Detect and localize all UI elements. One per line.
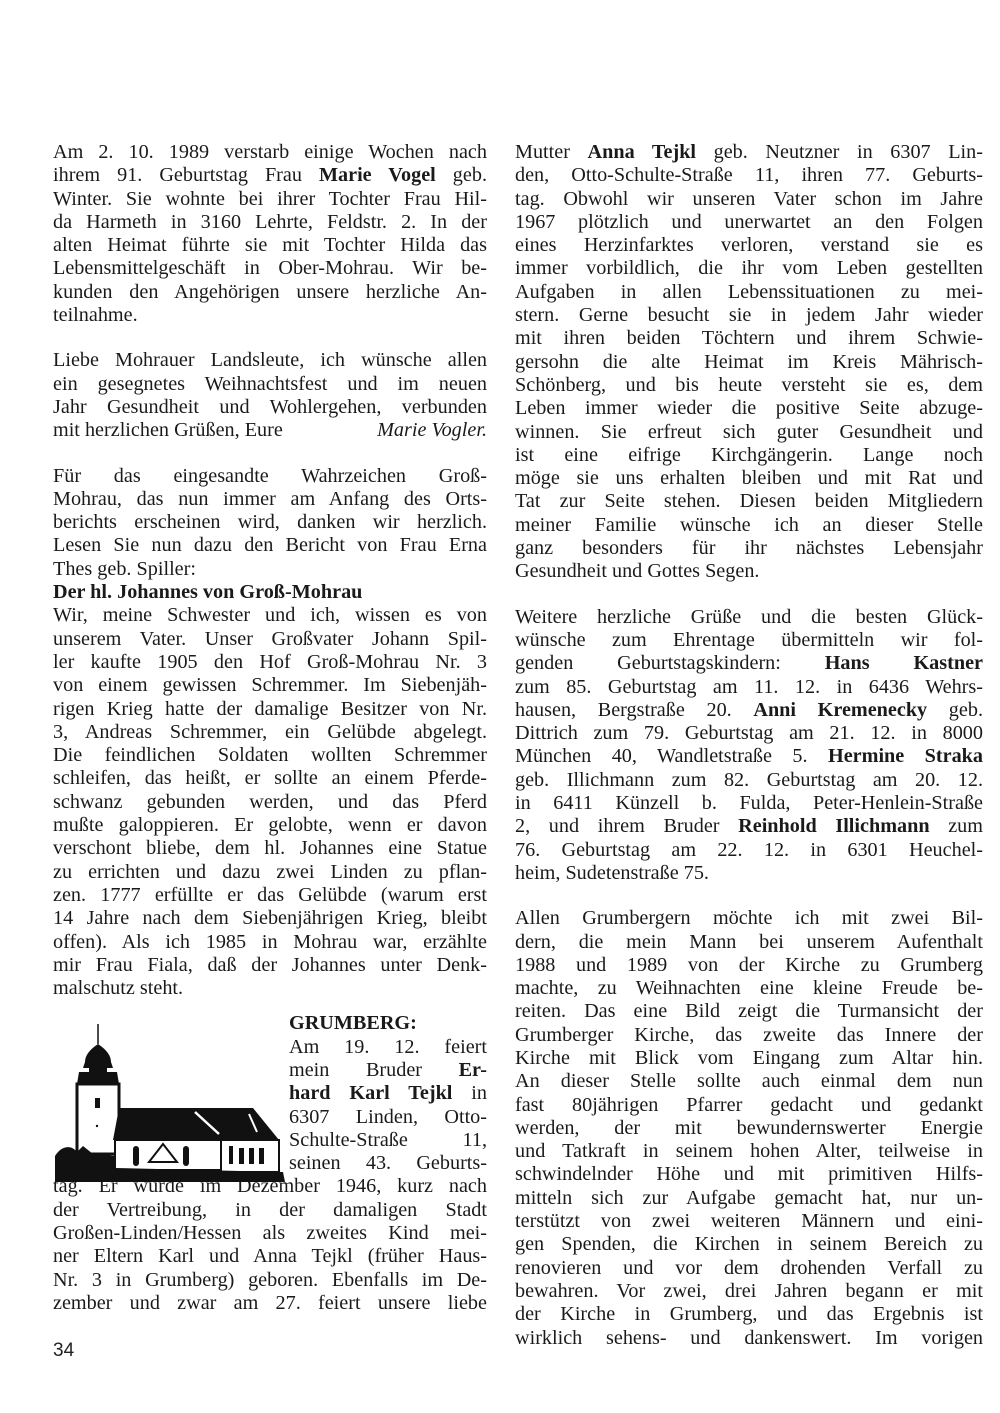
- grumberg-intro: Am 19. 12. feiertmein Bruder Er-hard Kar…: [289, 1036, 487, 1176]
- wahrzeichen-paragraph: Für das eingesandte Wahrzeichen Groß-Moh…: [53, 465, 487, 581]
- text-line: tag. Obwohl wir unseren Vater schon im J…: [515, 188, 983, 211]
- text-line: mein Bruder Er-: [289, 1059, 487, 1082]
- text-line: Lebensmittelgeschäft in Ober-Mohrau. Wir…: [53, 257, 487, 280]
- text-line: Liebe Mohrauer Landsleute, ich wünsche a…: [53, 349, 487, 372]
- text-line: alten Heimat führte sie mit Tochter Hild…: [53, 234, 487, 257]
- text-line: ein gesegnetes Weihnachtsfest und im neu…: [53, 373, 487, 396]
- text-line: schwanz gebunden werden, und das Pferd: [53, 791, 487, 814]
- text-line: Mutter Anna Tejkl geb. Neutzner in 6307 …: [515, 141, 983, 164]
- church-renovation-paragraph: Allen Grumbergern möchte ich mit zwei Bi…: [515, 907, 983, 1350]
- text-line: 3, Andreas Schremmer, ein Gelübde abgele…: [53, 721, 487, 744]
- text-line: möge sie uns erhalten bleiben und mit Ra…: [515, 467, 983, 490]
- text-line: Leben immer wieder die positive Seite ab…: [515, 397, 983, 420]
- right-column: Mutter Anna Tejkl geb. Neutzner in 6307 …: [515, 141, 983, 1350]
- text-line: Tat zur Seite stehen. Diesen beiden Mitg…: [515, 490, 983, 513]
- text-line: Großen-Linden/Hessen als zweites Kind me…: [53, 1222, 487, 1245]
- text-line: fast 80jährigen Pfarrer gedacht und geda…: [515, 1094, 983, 1117]
- text-line: 1988 und 1989 von der Kirche zu Grumberg: [515, 954, 983, 977]
- text-line: in 6411 Künzell b. Fulda, Peter-Henlein-…: [515, 792, 983, 815]
- text-line: mir Frau Fiala, daß der Johannes unter D…: [53, 954, 487, 977]
- text-line: ganz besonders für ihr nächstes Lebensja…: [515, 537, 983, 560]
- text-line: hausen, Bergstraße 20. Anni Kremenecky g…: [515, 699, 983, 722]
- text-line: Am 2. 10. 1989 verstarb einige Wochen na…: [53, 141, 487, 164]
- text-line: der Kirche in Grumberg, und das Ergebnis…: [515, 1303, 983, 1326]
- text-line: München 40, Wandletstraße 5. Hermine Str…: [515, 745, 983, 768]
- obituary-paragraph: Am 2. 10. 1989 verstarb einige Wochen na…: [53, 141, 487, 327]
- text-line: machte, zu Weihnachten eine kleine Freud…: [515, 977, 983, 1000]
- text-line: Kirche mit Blick vom Eingang zum Altar h…: [515, 1047, 983, 1070]
- text-line: verschont bliebe, dem hl. Johannes eine …: [53, 837, 487, 860]
- text-line: Die feindlichen Soldaten wollten Schremm…: [53, 744, 487, 767]
- grumberg-paragraph: tag. Er wurde im Dezember 1946, kurz nac…: [53, 1175, 487, 1315]
- text-line: schwindelnder Höhe und mit primitiven Hi…: [515, 1163, 983, 1186]
- bold-name: Er-: [459, 1059, 487, 1081]
- text-line: Grumberger Kirche, das zweite das Innere…: [515, 1024, 983, 1047]
- bold-name: Hermine Straka: [828, 745, 983, 767]
- text-line: zu errichten und dazu zwei Linden zu pfl…: [53, 861, 487, 884]
- text-line: Lesen Sie nun dazu den Bericht von Frau …: [53, 534, 487, 557]
- signature: Marie Vogler.: [377, 419, 487, 442]
- text-line: der Vertreibung, in der damaligen Stadt: [53, 1199, 487, 1222]
- greeting-closing: mit herzlichen Grüßen, Eure Marie Vogler…: [53, 419, 487, 442]
- mother-birthday-paragraph: Mutter Anna Tejkl geb. Neutzner in 6307 …: [515, 141, 983, 584]
- left-column: Am 2. 10. 1989 verstarb einige Wochen na…: [53, 141, 487, 1315]
- text-line: heim, Sudetenstraße 75.: [515, 862, 983, 885]
- text-line: zember und zwar am 27. feiert unsere lie…: [53, 1292, 487, 1315]
- text-line: kunden den Angehörigen unsere herzliche …: [53, 281, 487, 304]
- text-line: 6307 Linden, Otto-: [289, 1106, 487, 1129]
- text-line: werden, der mit bewundernswerter Energie: [515, 1117, 983, 1140]
- text-line: genden Geburtstagskindern: Hans Kastner: [515, 652, 983, 675]
- text-line: offen). Als ich 1985 in Mohrau war, erzä…: [53, 931, 487, 954]
- bold-name: Anna Tejkl: [588, 141, 696, 163]
- text-line: immer vorbildlich, die ihr vom Leben ges…: [515, 257, 983, 280]
- text-line: Am 19. 12. feiert: [289, 1036, 487, 1059]
- text-line: von einem gewissen Schremmer. Im Siebenj…: [53, 674, 487, 697]
- text-line: Schulte-Straße 11,: [289, 1129, 487, 1152]
- grumberg-heading: GRUMBERG:: [289, 1012, 487, 1035]
- text-line: da Harmeth in 3160 Lehrte, Feldstr. 2. I…: [53, 211, 487, 234]
- text-line: 14 Jahre nach dem Siebenjährigen Krieg, …: [53, 907, 487, 930]
- christmas-greeting-paragraph: Liebe Mohrauer Landsleute, ich wünsche a…: [53, 349, 487, 442]
- bold-name: hard Karl Tejkl: [289, 1082, 452, 1104]
- church-drawing-icon: [53, 1016, 289, 1182]
- text-line: Jahr Gesundheit und Wohlergehen, verbund…: [53, 396, 487, 419]
- text-line: Wir, meine Schwester und ich, wissen es …: [53, 604, 487, 627]
- text-line: wirklich sehens- und dankenswert. Im vor…: [515, 1327, 983, 1350]
- text-line: gersohn die alte Heimat im Kreis Mährisc…: [515, 351, 983, 374]
- text-line: zum 85. Geburtstag am 11. 12. in 6436 We…: [515, 676, 983, 699]
- text-line: Mohrau, das nun immer am Anfang des Orts…: [53, 488, 487, 511]
- text-line: reiten. Das eine Bild zeigt die Turmansi…: [515, 1000, 983, 1023]
- text-line: Weitere herzliche Grüße und die besten G…: [515, 606, 983, 629]
- bold-name: Reinhold Illichmann: [738, 815, 929, 837]
- text-line: mitteln sich zur Aufgabe gemacht hat, nu…: [515, 1187, 983, 1210]
- text-line: zen. 1777 erfüllte er das Gelübde (warum…: [53, 884, 487, 907]
- text-line: eines Herzinfarktes verloren, verstand s…: [515, 234, 983, 257]
- text-line: und Tatkraft in seinem hohen Alter, teil…: [515, 1140, 983, 1163]
- text-line: ist eine eifrige Kirchgängerin. Lange no…: [515, 444, 983, 467]
- text-line: geb. Illichmann zum 82. Geburtstag am 20…: [515, 769, 983, 792]
- text-line: 76. Geburtstag am 22. 12. in 6301 Heuche…: [515, 839, 983, 862]
- text-line: ner Eltern Karl und Anna Tejkl (früher H…: [53, 1245, 487, 1268]
- story-heading: Der hl. Johannes von Groß-Mohrau: [53, 581, 487, 604]
- text-line: schleifen, das heißt, er sollte an einem…: [53, 767, 487, 790]
- grumberg-float-text: GRUMBERG: Am 19. 12. feiertmein Bruder E…: [289, 1012, 487, 1175]
- bold-name: Marie Vogel: [319, 164, 436, 186]
- birthday-greetings-paragraph: Weitere herzliche Grüße und die besten G…: [515, 606, 983, 886]
- text-line: rigen Krieg hatte der damalige Besitzer …: [53, 698, 487, 721]
- story-paragraph: Wir, meine Schwester und ich, wissen es …: [53, 604, 487, 1000]
- text-line: 1967 plötzlich und unerwartet an den Fol…: [515, 211, 983, 234]
- text-line: Für das eingesandte Wahrzeichen Groß-: [53, 465, 487, 488]
- text-line: Aufgaben in allen Lebenssituationen zu m…: [515, 281, 983, 304]
- text-line: meiner Familie wünsche ich an dieser Ste…: [515, 514, 983, 537]
- text-line: bewahren. Vor zwei, drei Jahren begann e…: [515, 1280, 983, 1303]
- text-line: wünsche zum Ehrentage übermitteln wir fo…: [515, 629, 983, 652]
- text-line: An dieser Stelle sollte auch einmal dem …: [515, 1070, 983, 1093]
- bold-name: Hans Kastner: [825, 652, 983, 674]
- bold-name: Anni Kremenecky: [753, 699, 927, 721]
- grumberg-float-block: GRUMBERG: Am 19. 12. feiertmein Bruder E…: [53, 1012, 487, 1175]
- text-line: terstützt von zwei weiteren Männern und …: [515, 1210, 983, 1233]
- text-line: berichts erscheinen wird, danken wir her…: [53, 511, 487, 534]
- text-line: Nr. 3 in Grumberg) geboren. Ebenfalls im…: [53, 1269, 487, 1292]
- text-line: stern. Gerne besucht sie in jedem Jahr w…: [515, 304, 983, 327]
- page-number: 34: [53, 1340, 74, 1362]
- text-line: Allen Grumbergern möchte ich mit zwei Bi…: [515, 907, 983, 930]
- text-line: 2, und ihrem Bruder Reinhold Illichmann …: [515, 815, 983, 838]
- text-line: ihrem 91. Geburtstag Frau Marie Vogel ge…: [53, 164, 487, 187]
- text-line: ler kaufte 1905 den Hof Groß-Mohrau Nr. …: [53, 651, 487, 674]
- text-line: mußte galoppieren. Er gelobte, wenn er d…: [53, 814, 487, 837]
- text-line: gen Spenden, die Kirchen in seinem Berei…: [515, 1233, 983, 1256]
- text-line: den, Otto-Schulte-Straße 11, ihren 77. G…: [515, 164, 983, 187]
- text-line: mit ihren beiden Töchtern und ihrem Schw…: [515, 327, 983, 350]
- text-line: Thes geb. Spiller:: [53, 558, 487, 581]
- text-line: dern, die mein Mann bei unserem Aufentha…: [515, 931, 983, 954]
- text-line: unserem Vater. Unser Großvater Johann Sp…: [53, 628, 487, 651]
- text-line: seinen 43. Geburts-: [289, 1152, 487, 1175]
- text-line: Schönberg, und bis heute versteht sie es…: [515, 374, 983, 397]
- text-line: Dittrich zum 79. Geburtstag am 21. 12. i…: [515, 722, 983, 745]
- text-line: winnen. Sie erfreut sich guter Gesundhei…: [515, 421, 983, 444]
- text-line: Winter. Sie wohnte bei ihrer Tochter Fra…: [53, 188, 487, 211]
- text-line: teilnahme.: [53, 304, 487, 327]
- text-line: hard Karl Tejkl in: [289, 1082, 487, 1105]
- text-line: Gesundheit und Gottes Segen.: [515, 560, 983, 583]
- closing-text: mit herzlichen Grüßen, Eure: [53, 419, 283, 442]
- text-line: malschutz steht.: [53, 977, 487, 1000]
- text-line: renovieren und vor dem drohenden Verfall…: [515, 1257, 983, 1280]
